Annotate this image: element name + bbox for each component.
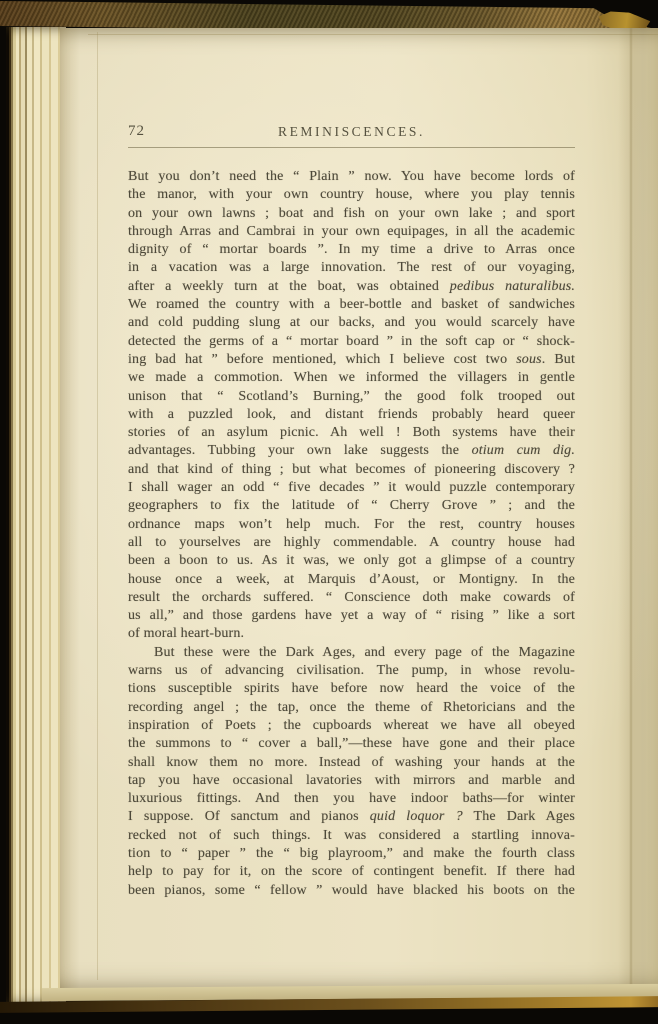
text-segment: tions susceptible spirits have before no… bbox=[128, 681, 575, 696]
text-line: recked not of such things. It was consid… bbox=[128, 828, 575, 846]
text-line: inspiration of Poets ; the cupboards whe… bbox=[128, 718, 575, 736]
text-line: in a vacation was a large innovation. Th… bbox=[128, 260, 575, 278]
text-segment: and cold pudding slung at our backs, and… bbox=[128, 315, 575, 330]
text-segment: We roamed the country with a beer-bottle… bbox=[128, 297, 575, 312]
text-line: ing bad hat ” before mentioned, which I … bbox=[128, 352, 575, 370]
running-header: REMINISCENCES. bbox=[128, 124, 575, 140]
text-line: recording angel ; the tap, once the them… bbox=[128, 700, 575, 718]
paragraph: But you don’t need the “ Plain ” now. Yo… bbox=[128, 169, 575, 645]
text-segment: tion to “ paper ” the “ big playroom,” a… bbox=[128, 846, 575, 861]
under-page-edge-line bbox=[97, 32, 98, 980]
text-line: result the orchards suffered. “ Conscien… bbox=[128, 590, 575, 608]
text-line: tions susceptible spirits have before no… bbox=[128, 681, 575, 699]
text-segment: tap you have occasional lavatories with … bbox=[128, 773, 575, 788]
gutter-crease bbox=[618, 28, 658, 990]
paragraph: But these were the Dark Ages, and every … bbox=[128, 645, 575, 901]
text-line: of moral heart-burn. bbox=[128, 626, 575, 644]
text-line: luxurious fittings. And then you have in… bbox=[128, 791, 575, 809]
text-line: and cold pudding slung at our backs, and… bbox=[128, 315, 575, 333]
text-line: tion to “ paper ” the “ big playroom,” a… bbox=[128, 846, 575, 864]
text-segment: The Dark Ages bbox=[463, 809, 575, 824]
text-segment: I shall wager an odd “ five decades ” it… bbox=[128, 480, 575, 495]
text-segment: But these were the Dark Ages, and every … bbox=[154, 645, 575, 660]
text-line: dignity of “ mortar boards ”. In my time… bbox=[128, 242, 575, 260]
page-stack-edges bbox=[6, 27, 66, 1005]
text-segment: on your own lawns ; boat and fish on you… bbox=[128, 206, 575, 221]
text-line: been pianos, some “ fellow ” would have … bbox=[128, 883, 575, 901]
text-segment: all to yourselves are highly commendable… bbox=[128, 535, 575, 550]
text-line: been a boon to us. As it was, we only go… bbox=[128, 553, 575, 571]
italic-phrase: sous bbox=[516, 352, 542, 367]
text-line: house once a week, at Marquis d’Aoust, o… bbox=[128, 572, 575, 590]
text-segment: geographers to fix the latitude of “ Che… bbox=[128, 498, 575, 513]
italic-phrase: quid loquor ? bbox=[370, 809, 463, 824]
gutter-crease-line bbox=[630, 28, 632, 990]
text-line: unison that “ Scotland’s Burning,” the g… bbox=[128, 389, 575, 407]
under-page-edge-line bbox=[88, 34, 658, 35]
text-line: detected the germs of a “ mortar board ”… bbox=[128, 334, 575, 352]
text-line: We roamed the country with a beer-bottle… bbox=[128, 297, 575, 315]
text-segment: unison that “ Scotland’s Burning,” the g… bbox=[128, 389, 575, 404]
text-segment: ordnance maps won’t help much. For the r… bbox=[128, 517, 575, 532]
text-line: through Arras and Cambrai in your own eq… bbox=[128, 224, 575, 242]
text-segment: after a weekly turn at the boat, was obt… bbox=[128, 279, 450, 294]
text-line: all to yourselves are highly commendable… bbox=[128, 535, 575, 553]
text-line: the summons to “ cover a ball,”—these ha… bbox=[128, 736, 575, 754]
text-line: we made a commotion. When we informed th… bbox=[128, 370, 575, 388]
text-segment: recked not of such things. It was consid… bbox=[128, 828, 575, 843]
text-segment: warns us of advancing civilisation. The … bbox=[128, 663, 575, 678]
text-line: I shall wager an odd “ five decades ” it… bbox=[128, 480, 575, 498]
text-line: shall know them no more. Instead of wash… bbox=[128, 755, 575, 773]
text-segment: result the orchards suffered. “ Conscien… bbox=[128, 590, 575, 605]
text-segment: house once a week, at Marquis d’Aoust, o… bbox=[128, 572, 575, 587]
page-body: But you don’t need the “ Plain ” now. Yo… bbox=[128, 169, 575, 901]
italic-phrase: pedibus naturalibus. bbox=[450, 279, 575, 294]
text-segment: us all,” and those gardens have yet a wa… bbox=[128, 608, 575, 623]
text-segment: and that kind of thing ; but what become… bbox=[128, 462, 575, 477]
text-segment: of moral heart-burn. bbox=[128, 626, 244, 641]
text-segment: through Arras and Cambrai in your own eq… bbox=[128, 224, 575, 239]
text-segment: . But bbox=[542, 352, 575, 367]
text-segment: detected the germs of a “ mortar board ”… bbox=[128, 334, 575, 349]
text-line: geographers to fix the latitude of “ Che… bbox=[128, 498, 575, 516]
text-line: after a weekly turn at the boat, was obt… bbox=[128, 279, 575, 297]
text-segment: we made a commotion. When we informed th… bbox=[128, 370, 575, 385]
text-segment: been pianos, some “ fellow ” would have … bbox=[128, 883, 575, 898]
text-segment: inspiration of Poets ; the cupboards whe… bbox=[128, 718, 575, 733]
text-segment: help to pay for it, on the score of cont… bbox=[128, 864, 575, 879]
text-segment: recording angel ; the tap, once the them… bbox=[128, 700, 575, 715]
book-photo-scene: 72 REMINISCENCES. But you don’t need the… bbox=[0, 0, 658, 1024]
text-segment: with a puzzled look, and distant friends… bbox=[128, 407, 575, 422]
text-segment: the summons to “ cover a ball,”—these ha… bbox=[128, 736, 575, 751]
text-line: with a puzzled look, and distant friends… bbox=[128, 407, 575, 425]
text-line: warns us of advancing civilisation. The … bbox=[128, 663, 575, 681]
text-line: us all,” and those gardens have yet a wa… bbox=[128, 608, 575, 626]
text-line: But these were the Dark Ages, and every … bbox=[128, 645, 575, 663]
text-segment: in a vacation was a large innovation. Th… bbox=[128, 260, 575, 275]
text-line: the manor, with your own country house, … bbox=[128, 187, 575, 205]
text-segment: dignity of “ mortar boards ”. In my time… bbox=[128, 242, 575, 257]
text-line: But you don’t need the “ Plain ” now. Yo… bbox=[128, 169, 575, 187]
text-line: on your own lawns ; boat and fish on you… bbox=[128, 206, 575, 224]
text-line: ordnance maps won’t help much. For the r… bbox=[128, 517, 575, 535]
text-segment: advantages. Tubbing your own lake sugges… bbox=[128, 443, 472, 458]
text-segment: been a boon to us. As it was, we only go… bbox=[128, 553, 575, 568]
text-line: help to pay for it, on the score of cont… bbox=[128, 864, 575, 882]
text-segment: luxurious fittings. And then you have in… bbox=[128, 791, 575, 806]
text-segment: the manor, with your own country house, … bbox=[128, 187, 575, 202]
text-segment: I suppose. Of sanctum and pianos bbox=[128, 809, 370, 824]
text-segment: stories of an asylum picnic. Ah well ! B… bbox=[128, 425, 575, 440]
text-line: stories of an asylum picnic. Ah well ! B… bbox=[128, 425, 575, 443]
page-header: 72 REMINISCENCES. bbox=[128, 120, 575, 148]
text-line: advantages. Tubbing your own lake sugges… bbox=[128, 443, 575, 461]
text-segment: ing bad hat ” before mentioned, which I … bbox=[128, 352, 516, 367]
italic-phrase: otium cum dig. bbox=[472, 443, 575, 458]
text-line: I suppose. Of sanctum and pianos quid lo… bbox=[128, 809, 575, 827]
text-segment: shall know them no more. Instead of wash… bbox=[128, 755, 575, 770]
text-line: and that kind of thing ; but what become… bbox=[128, 462, 575, 480]
text-line: tap you have occasional lavatories with … bbox=[128, 773, 575, 791]
text-segment: But you don’t need the “ Plain ” now. Yo… bbox=[128, 169, 575, 184]
